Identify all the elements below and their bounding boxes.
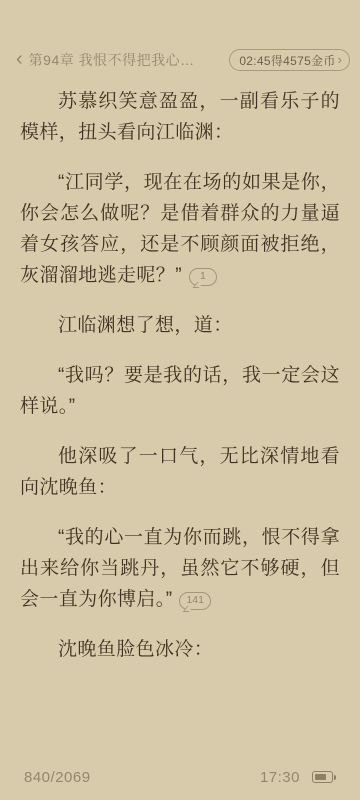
footer-status: 17:30: [260, 769, 336, 786]
chapter-title: 第94章 我恨不得把我心…: [29, 50, 195, 70]
coin-reward-badge[interactable]: 02:45得4575金币 ›: [229, 49, 350, 71]
reading-progress: 840/2069: [24, 769, 91, 786]
paragraph: 江临渊想了想，道：: [20, 310, 340, 341]
paragraph: 沈晚鱼脸色冰冷：: [20, 634, 340, 665]
reader-screen: ‹ 第94章 我恨不得把我心… 02:45得4575金币 › 苏慕织笑意盈盈，一…: [0, 0, 360, 800]
paragraph-text: “我吗？要是我的话，我一定会这样说。”: [20, 365, 340, 417]
paragraph-text: “江同学，现在在场的如果是你，你会怎么做呢？是借着群众的力量逼着女孩答应，还是不…: [20, 172, 340, 286]
paragraph-text: 他深吸了一口气，无比深情地看向沈晚鱼：: [20, 446, 340, 498]
paragraph: 他深吸了一口气，无比深情地看向沈晚鱼：: [20, 441, 340, 503]
chapter-content[interactable]: 苏慕织笑意盈盈，一副看乐子的模样，扭头看向江临渊： “江同学，现在在场的如果是你…: [0, 76, 360, 684]
chapter-nav[interactable]: ‹ 第94章 我恨不得把我心…: [14, 47, 195, 73]
clock-time: 17:30: [260, 769, 300, 786]
coin-reward-label: 02:45得4575金币: [239, 52, 335, 69]
reader-footer: 840/2069 17:30: [0, 754, 360, 800]
comment-count-bubble[interactable]: 141: [179, 592, 211, 610]
paragraph: “我的心一直为你而跳，恨不得拿出来给你当跳丹，虽然它不够硬，但会一直为你博启。”…: [20, 522, 340, 615]
paragraph: 苏慕织笑意盈盈，一副看乐子的模样，扭头看向江临渊：: [20, 86, 340, 148]
back-icon[interactable]: ‹: [14, 47, 29, 73]
battery-icon: [312, 771, 336, 783]
paragraph-text: 沈晚鱼脸色冰冷：: [58, 639, 213, 660]
reader-header: ‹ 第94章 我恨不得把我心… 02:45得4575金币 ›: [0, 44, 360, 76]
paragraph-text: 苏慕织笑意盈盈，一副看乐子的模样，扭头看向江临渊：: [20, 91, 340, 143]
paragraph: “江同学，现在在场的如果是你，你会怎么做呢？是借着群众的力量逼着女孩答应，还是不…: [20, 167, 340, 291]
comment-count-bubble[interactable]: 1: [189, 268, 217, 286]
chevron-right-icon: ›: [338, 54, 342, 66]
paragraph: “我吗？要是我的话，我一定会这样说。”: [20, 360, 340, 422]
paragraph-text: 江临渊想了想，道：: [58, 315, 233, 336]
